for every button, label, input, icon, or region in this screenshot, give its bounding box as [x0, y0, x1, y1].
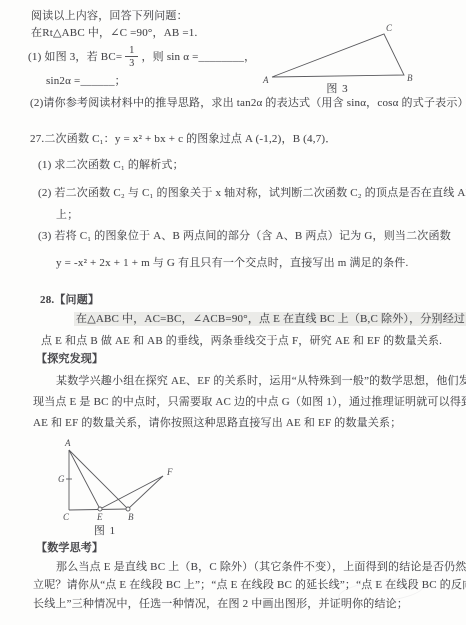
figure3-caption: 图 3 [255, 80, 420, 96]
q1-line2: sin2α =______； [46, 74, 126, 89]
q27-part2-line2: 上； [56, 208, 78, 223]
segment-ae [69, 450, 100, 509]
triangle-abc-outline [272, 34, 404, 77]
point-e-marker [98, 507, 102, 511]
q1-prefix: (1) 如图 3，若 BC= [28, 50, 122, 65]
reading-intro: 阅读以上内容，回答下列问题： [31, 9, 188, 24]
q27-part3-line1: (3) 若将 C₁ 的图象位于 A、B 两点间的部分（含 A、B 两点）记为 G… [38, 229, 451, 244]
q28-explore-title: 【探究发现】 [36, 352, 103, 367]
q1-suffix: ，则 sin α =________， [141, 50, 255, 65]
figure3-triangle: A C B [255, 24, 420, 86]
q27-part2-line1: (2) 若二次函数 C₂ 与 C₁ 的图象关于 x 轴对称，试判断二次函数 C₂… [38, 186, 466, 201]
highlighted-text: 在△ABC 中，AC=BC，∠ACB=90°，点 E 在直线 BC 上（B,C … [74, 312, 466, 326]
q27-part1: (1) 求二次函数 C₁ 的解析式； [38, 158, 184, 173]
q28-explore-line1: 某数学兴趣小组在探究 AE、EF 的关系时，运用“从特殊到一般”的数学思想，他们… [56, 374, 466, 389]
fraction-denominator: 3 [129, 57, 134, 70]
figure1-point-g-label: G [58, 474, 65, 484]
q28-think-line1: 那么当点 E 是直线 BC 上（B，C 除外）（其它条件不变），上面得到的结论是… [56, 560, 466, 575]
segment-ef [100, 476, 163, 509]
q1-line: (1) 如图 3，若 BC= 1 3 ，则 sin α =________， [28, 44, 255, 70]
fraction-one-third: 1 3 [125, 45, 138, 70]
q27-part3-line2: y = -x² + 2x + 1 + m 与 G 有且只有一个交点时，直接写出 … [56, 256, 408, 271]
segment-ab [69, 450, 128, 509]
q28-explore-line3: AE 和 EF 的数量关系，请你按照这种思路直接写出 AE 和 EF 的数量关系… [33, 416, 401, 431]
figure1-vertex-b-label: B [128, 512, 134, 522]
figure1-point-e-label: E [96, 512, 103, 522]
q2-line: (2)请你参考阅读材料中的推导思路，求出 tan2α 的表达式（用含 sinα，… [30, 96, 466, 111]
q28-problem-line1: 在△ABC 中，AC=BC，∠ACB=90°，点 E 在直线 BC 上（B,C … [74, 312, 466, 327]
exam-document-page: 阅读以上内容，回答下列问题： 在Rt△ABC 中，∠C =90°，AB =1. … [0, 0, 466, 625]
reading-given: 在Rt△ABC 中，∠C =90°，AB =1. [31, 26, 197, 41]
q27-stem: 27.二次函数 C₁：y = x² + bx + c 的图象过点 A (-1,2… [30, 132, 336, 147]
q28-problem-line2: 点 E 和点 B 做 AE 和 AB 的垂线，两条垂线交于点 F，研究 AE 和… [41, 334, 442, 349]
figure1-point-f-label: F [166, 467, 173, 477]
point-b-marker [126, 507, 130, 511]
q28-explore-line2: 现当点 E 是 BC 的中点时，只需要取 AC 边的中点 G（如图 1），通过推… [33, 395, 466, 410]
figure3-vertex-c-label: C [386, 23, 393, 33]
figure1-diagram: A G C E B F [45, 438, 190, 522]
figure1-caption: 图 1 [60, 522, 150, 538]
figure1-vertex-a-label: A [64, 438, 71, 448]
q28-think-title: 【数学思考】 [36, 541, 103, 556]
q28-title: 28.【问题】 [40, 293, 99, 308]
fraction-numerator: 1 [125, 45, 138, 58]
figure1-vertex-c-label: C [63, 512, 70, 522]
segment-bf [128, 476, 163, 509]
